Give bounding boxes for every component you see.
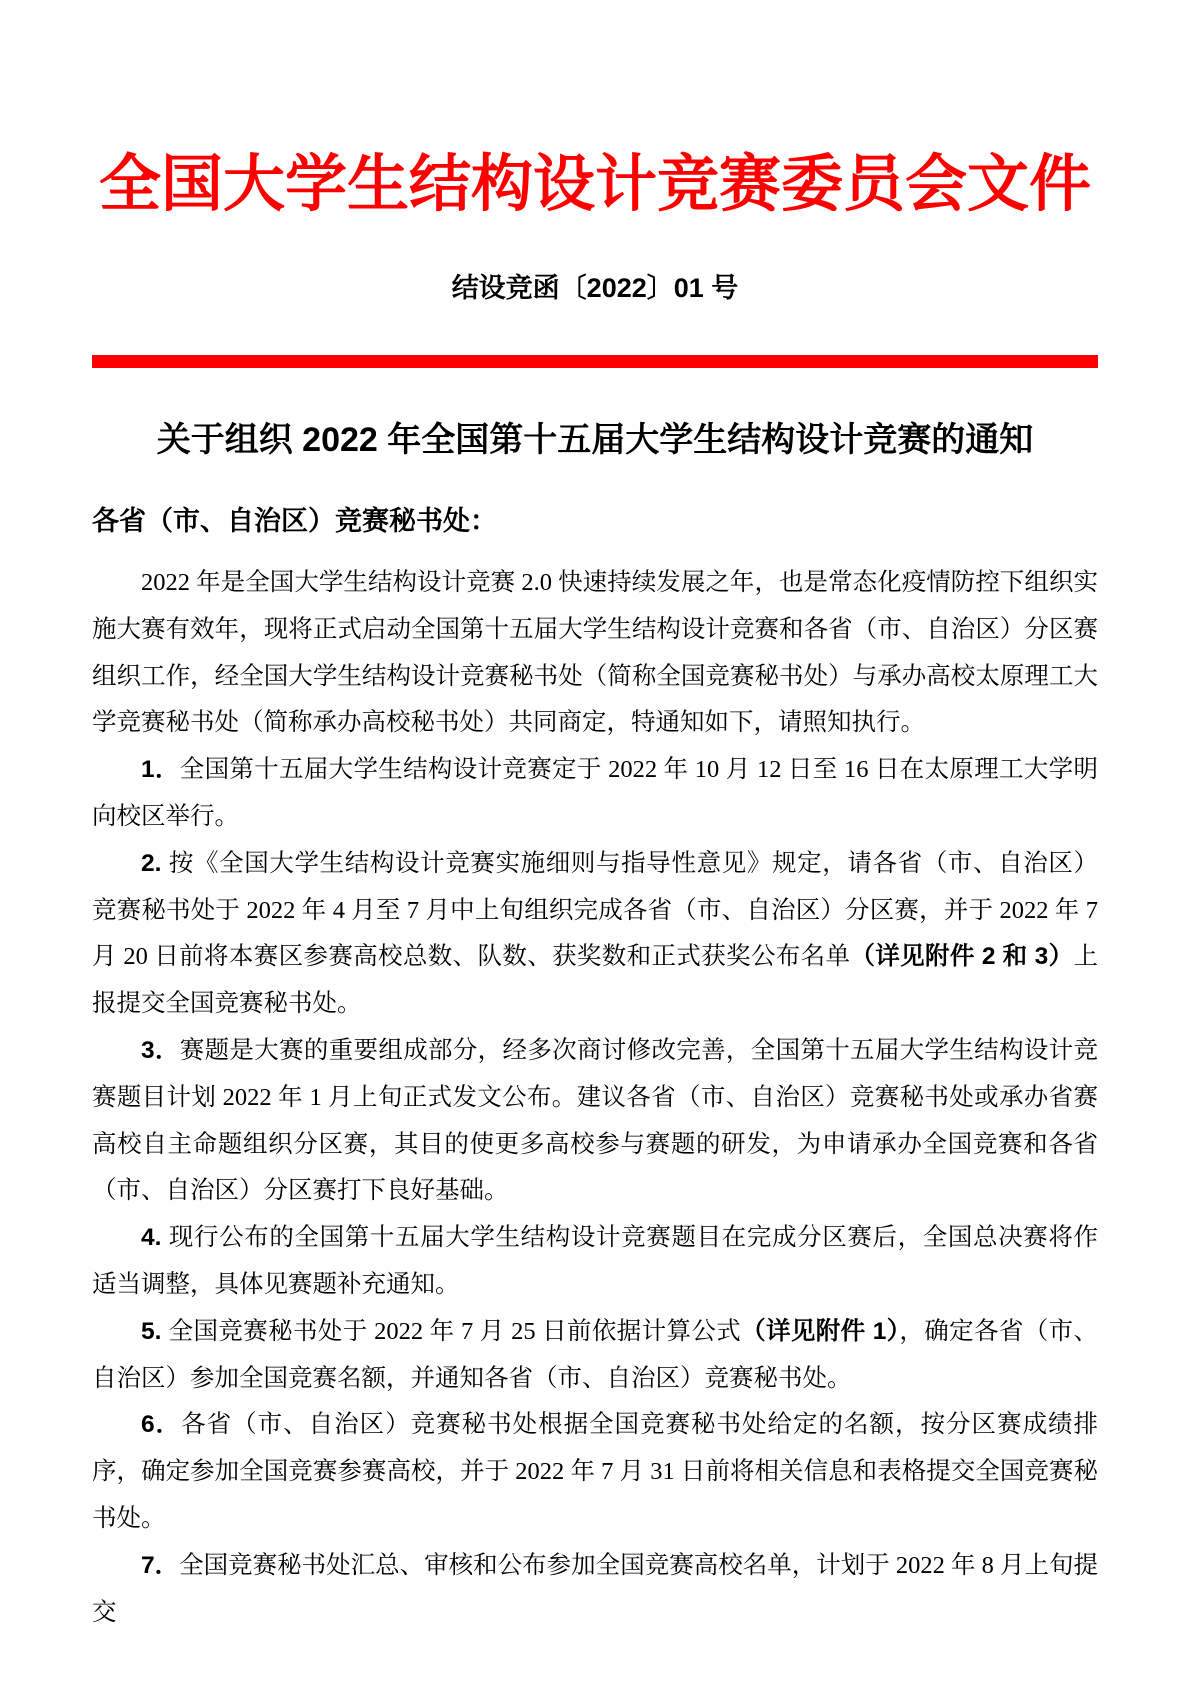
bold-text-run: （详见附件 2 和 3）: [850, 943, 1073, 970]
bold-text-run: 2.: [141, 850, 169, 877]
text-run: 全国竞赛秘书处于 2022 年 7 月 25 日前依据计算公式: [169, 1318, 742, 1345]
bold-text-run: 1．: [141, 756, 180, 783]
body-paragraph: 3．赛题是大赛的重要组成部分，经多次商讨修改完善，全国第十五届大学生结构设计竞赛…: [92, 1028, 1098, 1215]
text-run: 全国竞赛秘书处汇总、审核和公布参加全国竞赛高校名单，计划于 2022 年 8 月…: [92, 1552, 1098, 1626]
text-run: 2022 年是全国大学生结构设计竞赛 2.0 快速持续发展之年，也是常态化疫情防…: [92, 569, 1098, 736]
body-paragraph: 7．全国竞赛秘书处汇总、审核和公布参加全国竞赛高校名单，计划于 2022 年 8…: [92, 1543, 1098, 1637]
letterhead-title: 全国大学生结构设计竞赛委员会文件: [0, 150, 1190, 221]
text-run: 现行公布的全国第十五届大学生结构设计竞赛题目在完成分区赛后，全国总决赛将作适当调…: [92, 1224, 1098, 1298]
text-run: 各省（市、自治区）竞赛秘书处根据全国竞赛秘书处给定的名额，按分区赛成绩排序，确定…: [92, 1411, 1098, 1532]
body-paragraph: 5. 全国竞赛秘书处于 2022 年 7 月 25 日前依据计算公式（详见附件 …: [92, 1309, 1098, 1403]
bold-text-run: 5.: [141, 1318, 169, 1345]
bold-text-run: 7．: [141, 1552, 179, 1579]
text-run: 全国第十五届大学生结构设计竞赛定于 2022 年 10 月 12 日至 16 日…: [92, 756, 1098, 830]
body-paragraph: 6．各省（市、自治区）竞赛秘书处根据全国竞赛秘书处给定的名额，按分区赛成绩排序，…: [92, 1402, 1098, 1542]
document-body: 2022 年是全国大学生结构设计竞赛 2.0 快速持续发展之年，也是常态化疫情防…: [92, 560, 1098, 1636]
salutation: 各省（市、自治区）竞赛秘书处：: [92, 505, 497, 537]
bold-text-run: 4.: [141, 1224, 169, 1251]
body-paragraph: 1．全国第十五届大学生结构设计竞赛定于 2022 年 10 月 12 日至 16…: [92, 747, 1098, 841]
notice-title: 关于组织 2022 年全国第十五届大学生结构设计竞赛的通知: [0, 420, 1190, 461]
body-paragraph: 4. 现行公布的全国第十五届大学生结构设计竞赛题目在完成分区赛后，全国总决赛将作…: [92, 1215, 1098, 1309]
bold-text-run: 3．: [141, 1037, 180, 1064]
text-run: 赛题是大赛的重要组成部分，经多次商讨修改完善，全国第十五届大学生结构设计竞赛题目…: [92, 1037, 1098, 1204]
body-paragraph: 2022 年是全国大学生结构设计竞赛 2.0 快速持续发展之年，也是常态化疫情防…: [92, 560, 1098, 747]
document-page: 全国大学生结构设计竞赛委员会文件 结设竞函〔2022〕01 号 关于组织 202…: [0, 0, 1190, 1683]
document-number: 结设竞函〔2022〕01 号: [0, 272, 1190, 304]
body-paragraph: 2. 按《全国大学生结构设计竞赛实施细则与指导性意见》规定，请各省（市、自治区）…: [92, 841, 1098, 1028]
bold-text-run: （详见附件 1）: [741, 1318, 899, 1345]
bold-text-run: 6．: [141, 1411, 181, 1438]
red-divider-line: [92, 355, 1098, 368]
